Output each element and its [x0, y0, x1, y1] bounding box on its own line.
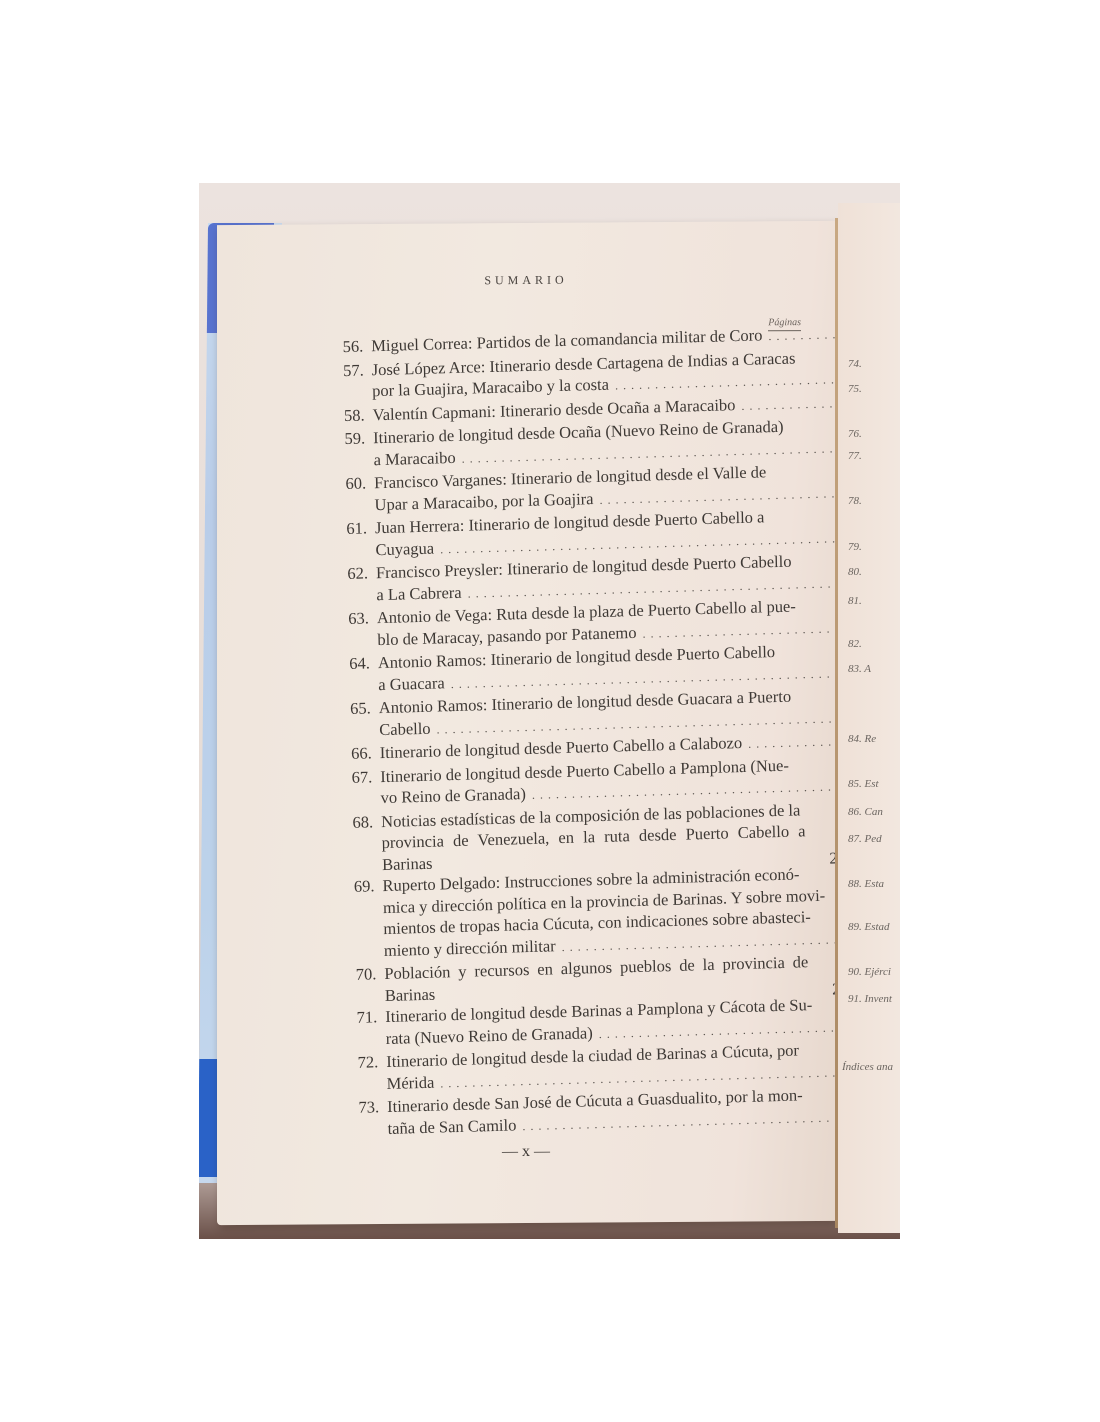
entry-number: 65.: [341, 697, 372, 743]
entry-number: 73.: [349, 1096, 380, 1142]
page-title: SUMARIO: [217, 271, 835, 290]
facing-page-fragment: 86. Can: [848, 806, 883, 818]
entry-number: 66.: [342, 742, 372, 766]
facing-page-fragment: 80.: [848, 566, 862, 578]
entry-number: 62.: [338, 562, 369, 608]
facing-page-fragment: 83. A: [848, 663, 871, 675]
facing-page-fragment: 81.: [848, 595, 862, 607]
facing-page-fragment: 85. Est: [848, 778, 879, 790]
facing-page-fragment: 82.: [848, 638, 862, 650]
facing-page-fragment: 88. Esta: [848, 878, 884, 890]
facing-page-fragment: 90. Ejérci: [848, 966, 891, 978]
left-page: SUMARIO Páginas 56.Miguel Correa: Partid…: [217, 221, 835, 1225]
facing-page-fragment: 79.: [848, 541, 862, 553]
page-folio: — x —: [217, 1141, 835, 1163]
facing-page-fragment: Índices ana: [842, 1061, 893, 1073]
table-of-contents: 56.Miguel Correa: Partidos de la comanda…: [333, 322, 860, 1142]
entry-number: 69.: [344, 875, 376, 964]
entry-number: 72.: [348, 1051, 379, 1097]
toc-entry: 69.Ruperto Delgado: Instrucciones sobre …: [344, 862, 856, 964]
entry-number: 67.: [342, 766, 373, 812]
facing-page-fragment: 77.: [848, 450, 862, 462]
entry-number: 58.: [334, 404, 364, 428]
entry-number: 64.: [340, 652, 371, 698]
facing-page-fragment: 74.: [848, 358, 862, 370]
entry-number: 57.: [333, 359, 364, 405]
facing-page-fragment: 76.: [848, 428, 862, 440]
entry-number: 63.: [339, 607, 370, 653]
facing-page-fragment: 78.: [848, 495, 862, 507]
entry-number: 70.: [346, 963, 377, 1007]
entry-number: 61.: [337, 517, 368, 563]
facing-page-fragment: 75.: [848, 383, 862, 395]
facing-page-fragment: 91. Invent: [848, 993, 892, 1005]
facing-page-fragment: 89. Estad: [848, 921, 890, 933]
facing-page-fragment: 87. Ped: [848, 833, 882, 845]
entry-number: 60.: [336, 472, 367, 518]
facing-page: 74.75.76.77.78.79.80.81.82.83. A84. Re85…: [838, 203, 900, 1233]
entry-number: 59.: [335, 427, 366, 473]
book-photo: ació un plaz as tec ubie SUMARIO Páginas…: [199, 183, 900, 1239]
entry-number: 71.: [347, 1006, 378, 1052]
entry-number: 68.: [343, 811, 374, 876]
facing-page-fragment: 84. Re: [848, 733, 876, 745]
entry-number: 56.: [333, 336, 363, 360]
